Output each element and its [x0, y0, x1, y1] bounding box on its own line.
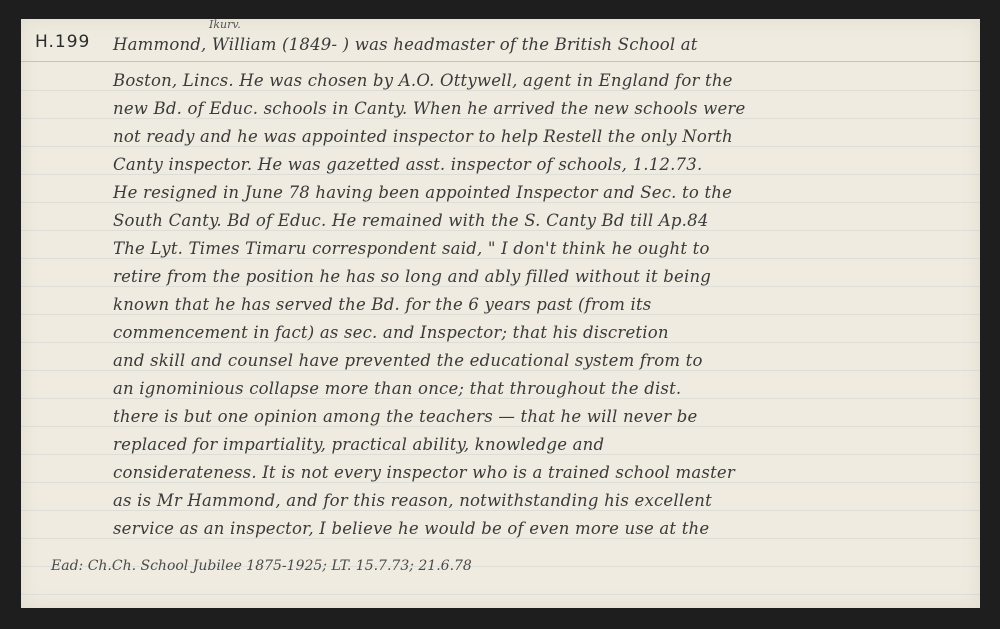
ruled-line — [21, 594, 980, 595]
text-line: Canty inspector. He was gazetted asst. i… — [113, 155, 702, 174]
text-line: service as an inspector, I believe he wo… — [113, 519, 709, 538]
text-line: replaced for impartiality, practical abi… — [113, 435, 604, 454]
ruled-line — [21, 146, 980, 147]
ruled-line — [21, 454, 980, 455]
archive-index-card: H.199 Ikurv. Hammond, William (1849- ) w… — [21, 19, 980, 608]
text-line: and skill and counsel have prevented the… — [113, 351, 703, 370]
text-line: Hammond, William (1849- ) was headmaster… — [113, 35, 698, 54]
ruled-line — [21, 286, 980, 287]
ruled-line — [21, 230, 980, 231]
header-rule — [21, 61, 980, 62]
ruled-line — [21, 174, 980, 175]
text-line: retire from the position he has so long … — [113, 267, 711, 286]
ruled-line — [21, 342, 980, 343]
text-line: considerateness. It is not every inspect… — [113, 463, 735, 482]
ruled-line — [21, 510, 980, 511]
ruled-line — [21, 90, 980, 91]
text-line: South Canty. Bd of Educ. He remained wit… — [113, 211, 709, 230]
ruled-line — [21, 202, 980, 203]
ruled-line — [21, 482, 980, 483]
text-line: new Bd. of Educ. schools in Canty. When … — [113, 99, 745, 118]
text-line: Boston, Lincs. He was chosen by A.O. Ott… — [113, 71, 733, 90]
text-line: The Lyt. Times Timaru correspondent said… — [113, 239, 710, 258]
ruled-line — [21, 398, 980, 399]
ruled-line — [21, 314, 980, 315]
ruled-line — [21, 258, 980, 259]
text-line: commencement in fact) as sec. and Inspec… — [113, 323, 669, 342]
inserted-annotation: Ikurv. — [209, 18, 241, 31]
ruled-line — [21, 370, 980, 371]
ruled-line — [21, 538, 980, 539]
text-line: known that he has served the Bd. for the… — [113, 295, 651, 314]
text-line: not ready and he was appointed inspector… — [113, 127, 733, 146]
ruled-line — [21, 118, 980, 119]
ruled-line — [21, 426, 980, 427]
reference-number: H.199 — [35, 32, 90, 52]
text-line: He resigned in June 78 having been appoi… — [113, 183, 732, 202]
text-line: as is Mr Hammond, and for this reason, n… — [113, 491, 712, 510]
text-line: an ignominious collapse more than once; … — [113, 379, 681, 398]
source-citation: Ead: Ch.Ch. School Jubilee 1875-1925; LT… — [51, 558, 472, 574]
text-line: there is but one opinion among the teach… — [113, 407, 698, 426]
